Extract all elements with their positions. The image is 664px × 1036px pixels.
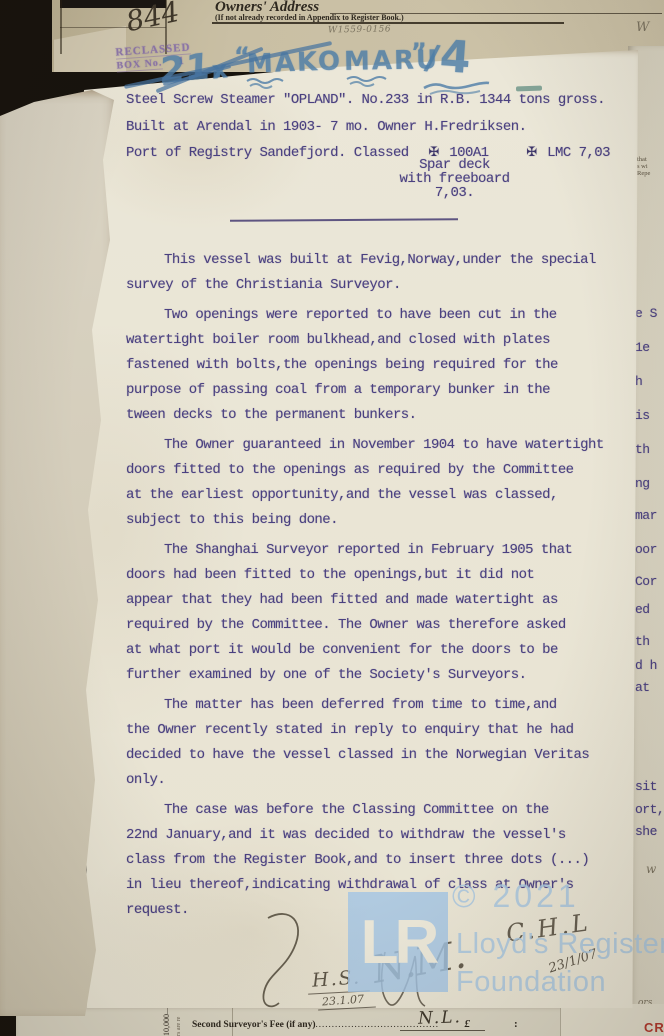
port-registry-text: Port of Registry Sandefjord. Classed: [126, 145, 409, 161]
teal-stamp-fragment: [516, 86, 542, 92]
page-content-layer: W1559-0156 RECLASSED BOX No. 1 21. x “ M…: [0, 0, 664, 1036]
signature-initials-1: H.S.: [311, 966, 361, 991]
paragraph: The Shanghai Surveyor reported in Februa…: [126, 538, 626, 688]
header-line-1: Steel Screw Steamer "OPLAND". No.233 in …: [126, 92, 605, 108]
document-scan: 844 Owners' Address (If not already reco…: [0, 0, 664, 1036]
class-note-block: Spar deck with freeboard 7,03.: [372, 158, 537, 200]
class-notation-2: LMC 7,03: [547, 145, 610, 161]
header-line-3: Port of Registry Sandefjord. Classed ✠ 1…: [126, 145, 610, 161]
paragraph: The Owner guaranteed in November 1904 to…: [126, 433, 626, 533]
paragraph: This vessel was built at Fevig,Norway,un…: [126, 248, 626, 298]
class-note-line: 7,03.: [372, 186, 537, 200]
paragraph: Two openings were reported to have been …: [126, 303, 626, 428]
paragraph: The case was before the Classing Committ…: [126, 798, 626, 923]
header-line-2: Built at Arendal in 1903- 7 mo. Owner H.…: [126, 119, 526, 135]
class-note-line: with freeboard: [372, 172, 537, 186]
paragraph: The matter has been deferred from time t…: [126, 693, 626, 793]
class-note-line: Spar deck: [372, 158, 537, 172]
report-body: This vessel was built at Fevig,Norway,un…: [126, 248, 626, 923]
